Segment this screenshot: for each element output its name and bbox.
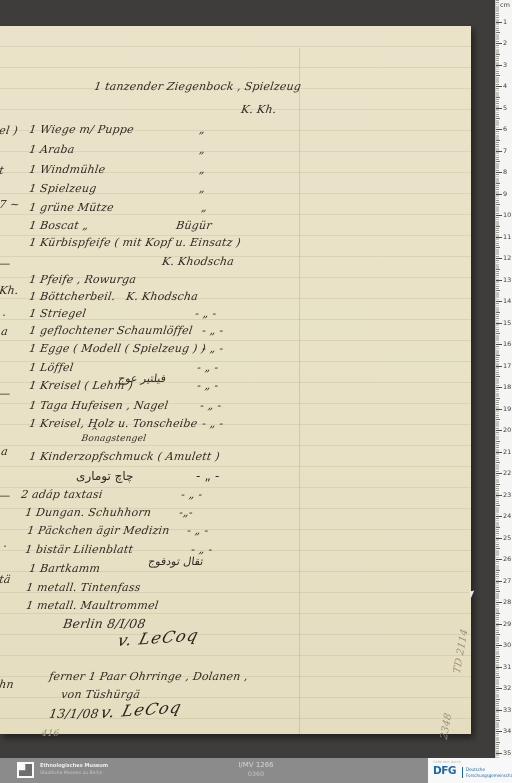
ruler-cm-tick [496, 581, 502, 582]
ruler-half-tick [496, 462, 500, 463]
ruler-half-tick [496, 591, 500, 592]
manuscript-line: 1 Kürbispfeife ( mit Kopf u. Einsatz ) [28, 237, 241, 248]
ruler-number: 7 [503, 147, 507, 155]
ruler-half-tick [496, 376, 500, 377]
document-scan: 1 tanzender Ziegenbock , SpielzeugK. Kh.… [0, 0, 512, 783]
ruler-cm-tick [496, 151, 502, 152]
manuscript-line: Bonagstengel [81, 435, 147, 444]
ruler-number: 34 [503, 727, 511, 735]
ruler-cm-tick [496, 129, 502, 130]
ruler-cm-tick [496, 473, 502, 474]
manuscript-line: 1 grüne Mütze„ [28, 202, 114, 213]
second-column: K. Khodscha [125, 291, 198, 302]
ruler-number: 10 [503, 211, 511, 219]
ruler-half-tick [496, 355, 500, 356]
manuscript-line: 416 [41, 730, 60, 739]
manuscript-line: 1 Dungan. Schuhhorn-„- [24, 507, 152, 518]
ruler-cm-tick [496, 215, 502, 216]
ruler-half-tick [496, 204, 500, 205]
manuscript-line: K. Khodscha [161, 256, 234, 267]
ruler-half-tick [496, 570, 500, 571]
second-column: - „ - [201, 343, 224, 354]
ruler-half-tick [496, 656, 500, 657]
ruler-number: 35 [503, 749, 511, 757]
ruler-cm-tick [496, 710, 502, 711]
manuscript-line: Berlin 8/I/08 [62, 618, 146, 631]
ruler-number: 20 [503, 426, 511, 434]
ruler-number: 24 [503, 512, 511, 520]
second-column: Bügür [175, 220, 212, 231]
ruler-half-tick [496, 183, 500, 184]
arabic-gloss: فيلتير عوج [117, 373, 166, 384]
manuscript-line: 1 Araba„ [28, 144, 75, 155]
ruler-cm-tick [496, 108, 502, 109]
manuscript-line: 1 Löffel- „ - [28, 362, 74, 373]
ruler-number: 11 [503, 233, 511, 241]
ruler-half-tick [496, 677, 500, 678]
footer-bar: Ethnologisches Museum Staatliche Museen … [0, 758, 512, 783]
ruler-half-tick [496, 613, 500, 614]
ruler-number: 30 [503, 641, 511, 649]
measurement-ruler: cm 1234567891011121314151617181920212223… [495, 0, 512, 758]
ruler-number: 8 [503, 168, 507, 176]
ruler-cm-tick [496, 409, 502, 410]
ruler-cm-tick [496, 22, 502, 23]
manuscript-line: 1 Pfeife , Rowurga [28, 274, 136, 285]
ruler-cm-tick [496, 538, 502, 539]
ruler-number: 12 [503, 254, 511, 262]
ruler-number: 14 [503, 297, 511, 305]
ruler-half-tick [496, 97, 500, 98]
ruler-number: 31 [503, 663, 511, 671]
ruler-number: 6 [503, 125, 507, 133]
manuscript-line: 2348 [440, 712, 454, 741]
manuscript-line: 1 metall. Tintenfass [25, 582, 141, 593]
ruler-cm-tick [496, 172, 502, 173]
ruler-half-tick [496, 75, 500, 76]
manuscript-line: 2 adáp taxtasi- „ - [20, 489, 103, 500]
manuscript-line: 1 Boscat „Bügür [28, 220, 89, 231]
ruler-cm-tick [496, 387, 502, 388]
ruler-number: 22 [503, 469, 511, 477]
dfg-acronym: DFG [433, 765, 456, 777]
ruler-number: 1 [503, 18, 507, 26]
manuscript-line: 1 Egge ( Modell ( Spielzeug ) )- „ - [28, 343, 206, 354]
ruler-half-tick [496, 54, 500, 55]
manuscript-line: 1 Kreisel ( Lehm )فيلتير عوج- „ - [28, 380, 133, 391]
ruler-half-tick [496, 32, 500, 33]
margin-fragment: tä [0, 574, 11, 585]
ruler-number: 15 [503, 319, 511, 327]
ruler-number: 25 [503, 534, 511, 542]
second-column: -„- [178, 507, 193, 518]
second-column: - „ - [186, 525, 209, 536]
ruler-number: 28 [503, 598, 511, 606]
margin-fragment: — [0, 490, 11, 501]
manuscript-paper: 1 tanzender Ziegenbock , SpielzeugK. Kh.… [0, 26, 471, 734]
ruler-cm-tick [496, 237, 502, 238]
ruler-cm-tick [496, 753, 502, 754]
ruler-half-tick [496, 634, 500, 635]
ruler-number: 32 [503, 684, 511, 692]
ruler-half-tick [496, 269, 500, 270]
ruler-cm-tick [496, 688, 502, 689]
margin-fragment: — [0, 258, 11, 269]
ruler-number: 3 [503, 61, 507, 69]
ruler-cm-tick [496, 258, 502, 259]
margin-fragment: 7 ~ [0, 199, 20, 210]
ruler-number: 9 [503, 190, 507, 198]
margin-fragment: Kh. [0, 285, 19, 296]
ruler-cm-tick [496, 65, 502, 66]
manuscript-line: 1 Päckchen ägir Medizin- „ - [26, 525, 170, 536]
ruler-cm-tick [496, 194, 502, 195]
ruler-half-tick [496, 484, 500, 485]
manuscript-line: 1 metall. Maultrommel [25, 600, 159, 611]
ruler-half-tick [496, 312, 500, 313]
ruler-number: 29 [503, 620, 511, 628]
manuscript-line: 1 Wiege m/ Puppe„ [28, 124, 134, 135]
dfg-divider [462, 767, 463, 778]
ruler-number: 26 [503, 555, 511, 563]
manuscript-line: 1 Kinderzopfschmuck ( Amulett ) [28, 451, 220, 462]
ruler-half-tick [496, 527, 500, 528]
second-column: - „ - [190, 544, 213, 555]
manuscript-line: von Tüshürgä [60, 689, 140, 700]
manuscript-line: 13/1/08 [48, 708, 99, 721]
second-column: - „ - [201, 325, 224, 336]
ruler-half-tick [496, 140, 500, 141]
ruler-number: 2 [503, 39, 507, 47]
ruler-number: 5 [503, 104, 507, 112]
second-column: - „ - [199, 400, 222, 411]
cursor-artifact [469, 591, 475, 599]
manuscript-line: 1 bistär Lilienblatt- „ - [24, 544, 133, 555]
margin-fragment: — [0, 388, 11, 399]
ruler-cm-tick [496, 559, 502, 560]
ruler-half-tick [496, 161, 500, 162]
funding-prefix: Gefördert durch [433, 760, 461, 764]
dfg-logo: Gefördert durch DFG Deutsche Forschungsg… [428, 758, 512, 783]
ruler-number: 4 [503, 82, 507, 90]
ruler-cm-tick [496, 280, 502, 281]
manuscript-line: چاچ توماری- „ - [76, 470, 133, 482]
ruler-cm-tick [496, 323, 502, 324]
margin-fragment: hn [0, 679, 15, 690]
ruler-half-tick [496, 742, 500, 743]
second-column: - „ - [194, 308, 217, 319]
ruler-number: 13 [503, 276, 511, 284]
ruler-half-tick [496, 720, 500, 721]
manuscript-line: ferner 1 Paar Ohrringe , Dolanen , [48, 671, 248, 682]
ruler-half-tick [496, 505, 500, 506]
manuscript-line: 1 Striegel- „ - [28, 308, 86, 319]
ruler-half-tick [496, 290, 500, 291]
second-column: - „ - [196, 380, 219, 391]
ruler-number: 16 [503, 340, 511, 348]
manuscript-line: 1 Böttcherbeil.K. Khodscha [28, 291, 116, 302]
ruler-cm-tick [496, 602, 502, 603]
manuscript-line: 1 Spielzeug„ [28, 183, 97, 194]
manuscript-line: 1 Taga Hufeisen , Nagel- „ - [28, 400, 169, 411]
ruler-number: 18 [503, 383, 511, 391]
manuscript-line: 1 Windmühle„ [28, 164, 106, 175]
ruler-number: 23 [503, 491, 511, 499]
manuscript-line: 1 geflochtener Schaumlöffel- „ - [28, 325, 193, 336]
manuscript-line: 1 Kreisel, Holz u. Tonscheibe- „ - [28, 418, 198, 429]
ruler-number: 33 [503, 706, 511, 714]
arabic-gloss: تقال تودفوج [147, 556, 204, 567]
ruler-half-tick [496, 419, 500, 420]
ruler-cm-tick [496, 645, 502, 646]
ruler-cm-tick [496, 667, 502, 668]
ruler-cm-tick [496, 366, 502, 367]
ruler-number: 21 [503, 448, 511, 456]
ruler-cm-tick [496, 86, 502, 87]
ruler-cm-tick [496, 495, 502, 496]
ruler-cm-tick [496, 731, 502, 732]
ruler-half-tick [496, 226, 500, 227]
ruler-cm-tick [496, 452, 502, 453]
manuscript-line: 1 Bartkammتقال تودفوج [28, 563, 100, 574]
ruler-cm-tick [496, 516, 502, 517]
dfg-name: Deutsche Forschungsgemeinschaft [466, 767, 512, 780]
ruler-number: 17 [503, 362, 511, 370]
ruler-half-tick [496, 118, 500, 119]
ruler-half-tick [496, 333, 500, 334]
ruler-cm-tick [496, 430, 502, 431]
ruler-cm-tick [496, 624, 502, 625]
manuscript-line: K. Kh. [240, 104, 277, 115]
ruler-half-tick [496, 441, 500, 442]
ruler-half-tick [496, 398, 500, 399]
ruler-half-tick [496, 548, 500, 549]
ruler-cm-tick [496, 43, 502, 44]
second-column: - „ - [196, 362, 219, 373]
ruler-number: 27 [503, 577, 511, 585]
ruler-half-tick [496, 699, 500, 700]
margin-fragment: el ) [0, 125, 19, 136]
second-column: - „ - [201, 418, 224, 429]
ruler-number: 19 [503, 405, 511, 413]
second-column: - „ - [180, 489, 203, 500]
ruler-unit-label: cm [500, 1, 510, 9]
ruler-cm-tick [496, 344, 502, 345]
ruler-half-tick [496, 247, 500, 248]
ruler-cm-tick [496, 301, 502, 302]
second-column: - „ - [196, 470, 220, 482]
manuscript-line: 1 tanzender Ziegenbock , Spielzeug [93, 81, 301, 92]
paper-crease [299, 48, 300, 734]
